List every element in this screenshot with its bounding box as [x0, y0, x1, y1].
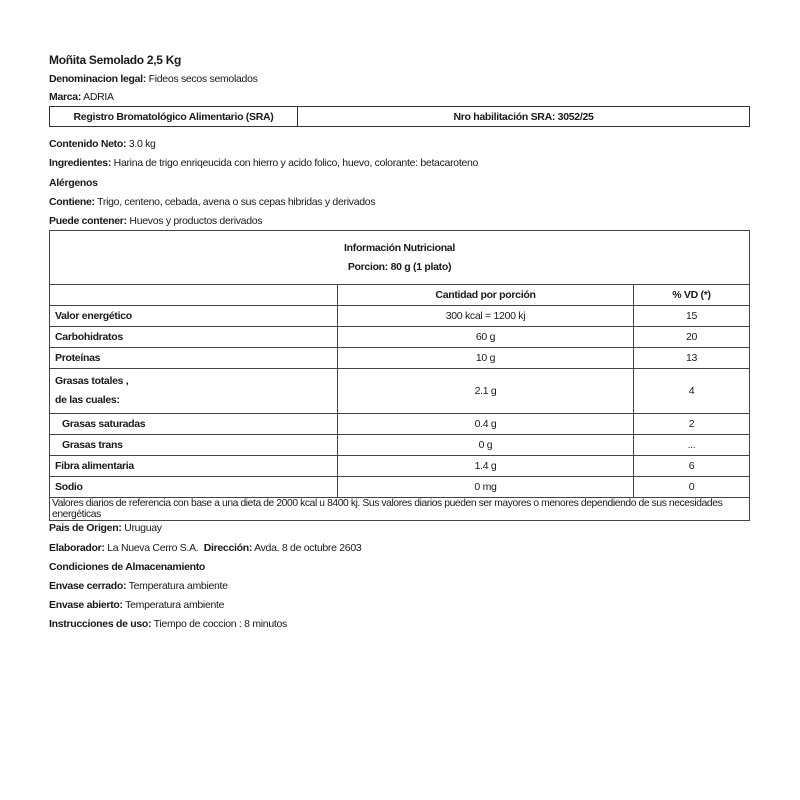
manufacturer-value: La Nueva Cerro S.A.	[107, 542, 198, 554]
nutrient-amount: 10 g	[338, 348, 634, 369]
origin-line: Pais de Origen: Uruguay	[49, 522, 162, 534]
closed-package-line: Envase cerrado: Temperatura ambiente	[49, 580, 228, 592]
nutrient-name: Proteínas	[50, 348, 338, 369]
registro-label: Registro Bromatológico Alimentario (SRA)	[50, 107, 298, 127]
address-label: Dirección:	[204, 542, 252, 554]
instructions-label: Instrucciones de uso:	[49, 618, 151, 630]
open-package-label: Envase abierto:	[49, 599, 123, 611]
registro-value: Nro habilitación SRA: 3052/25	[298, 107, 750, 127]
may-contain-value: Huevos y productos derivados	[129, 215, 262, 227]
nutrition-portion: Porcion: 80 g (1 plato)	[55, 258, 744, 277]
nutrient-name: Grasas trans	[50, 435, 338, 456]
registro-table: Registro Bromatológico Alimentario (SRA)…	[49, 106, 750, 127]
instructions-line: Instrucciones de uso: Tiempo de coccion …	[49, 618, 287, 630]
table-row: Fibra alimentaria 1.4 g 6	[50, 456, 750, 477]
ingredients-value: Harina de trigo enriqeucida con hierro y…	[114, 157, 478, 169]
nutrient-name: Grasas totales , de las cuales:	[50, 369, 338, 414]
nutrient-amount: 0 g	[338, 435, 634, 456]
storage-heading: Condiciones de Almacenamiento	[49, 561, 205, 573]
nutrient-vd: 15	[634, 306, 750, 327]
closed-package-value: Temperatura ambiente	[129, 580, 228, 592]
nutrient-vd: ...	[634, 435, 750, 456]
instructions-value: Tiempo de coccion : 8 minutos	[154, 618, 287, 630]
nutrient-vd: 0	[634, 477, 750, 498]
table-row: Proteínas 10 g 13	[50, 348, 750, 369]
open-package-line: Envase abierto: Temperatura ambiente	[49, 599, 224, 611]
nutrient-vd: 20	[634, 327, 750, 348]
nutrient-name: Fibra alimentaria	[50, 456, 338, 477]
manufacturer-line: Elaborador: La Nueva Cerro S.A. Direcció…	[49, 542, 361, 554]
nutrient-vd: 4	[634, 369, 750, 414]
column-header-amount: Cantidad por porción	[338, 285, 634, 306]
column-header-vd: % VD (*)	[634, 285, 750, 306]
nutrient-vd: 6	[634, 456, 750, 477]
nutrition-title: Información Nutricional	[55, 239, 744, 258]
net-content-line: Contenido Neto: 3.0 kg	[49, 138, 156, 150]
legal-name-value: Fideos secos semolados	[149, 73, 258, 85]
nutrient-amount: 0.4 g	[338, 414, 634, 435]
origin-value: Uruguay	[124, 522, 162, 534]
address-value: Avda. 8 de octubre 2603	[254, 542, 361, 554]
column-header-nutrient	[50, 285, 338, 306]
nutrient-name: Carbohidratos	[50, 327, 338, 348]
ingredients-label: Ingredientes:	[49, 157, 111, 169]
nutrition-header: Información Nutricional Porcion: 80 g (1…	[50, 231, 750, 285]
net-content-value: 3.0 kg	[129, 138, 156, 150]
table-row: Grasas totales , de las cuales: 2.1 g 4	[50, 369, 750, 414]
origin-label: Pais de Origen:	[49, 522, 122, 534]
product-title: Moñita Semolado 2,5 Kg	[49, 53, 181, 67]
nutrient-amount: 300 kcal = 1200 kj	[338, 306, 634, 327]
brand-label: Marca:	[49, 91, 81, 103]
manufacturer-label: Elaborador:	[49, 542, 105, 554]
contains-label: Contiene:	[49, 196, 95, 208]
table-row: Valor energético 300 kcal = 1200 kj 15	[50, 306, 750, 327]
nutrient-amount: 1.4 g	[338, 456, 634, 477]
net-content-label: Contenido Neto:	[49, 138, 126, 150]
nutrient-vd: 13	[634, 348, 750, 369]
nutrient-vd: 2	[634, 414, 750, 435]
legal-name-line: Denominacion legal: Fideos secos semolad…	[49, 73, 258, 85]
table-row: Grasas trans 0 g ...	[50, 435, 750, 456]
table-row: Carbohidratos 60 g 20	[50, 327, 750, 348]
legal-name-label: Denominacion legal:	[49, 73, 146, 85]
nutrient-amount: 60 g	[338, 327, 634, 348]
brand-value: ADRIA	[83, 91, 114, 103]
nutrition-footnote: Valores diarios de referencia con base a…	[50, 498, 750, 521]
nutrient-name: Sodio	[50, 477, 338, 498]
table-row: Grasas saturadas 0.4 g 2	[50, 414, 750, 435]
nutrient-amount: 0 mg	[338, 477, 634, 498]
open-package-value: Temperatura ambiente	[125, 599, 224, 611]
contains-line: Contiene: Trigo, centeno, cebada, avena …	[49, 196, 375, 208]
may-contain-label: Puede contener:	[49, 215, 127, 227]
contains-value: Trigo, centeno, cebada, avena o sus cepa…	[97, 196, 375, 208]
table-row: Sodio 0 mg 0	[50, 477, 750, 498]
brand-line: Marca: ADRIA	[49, 91, 114, 103]
closed-package-label: Envase cerrado:	[49, 580, 126, 592]
ingredients-line: Ingredientes: Harina de trigo enriqeucid…	[49, 157, 478, 169]
may-contain-line: Puede contener: Huevos y productos deriv…	[49, 215, 262, 227]
nutrient-amount: 2.1 g	[338, 369, 634, 414]
nutrition-table: Información Nutricional Porcion: 80 g (1…	[49, 230, 750, 521]
nutrient-name: Grasas saturadas	[50, 414, 338, 435]
nutrient-name: Valor energético	[50, 306, 338, 327]
allergens-heading: Alérgenos	[49, 177, 98, 189]
